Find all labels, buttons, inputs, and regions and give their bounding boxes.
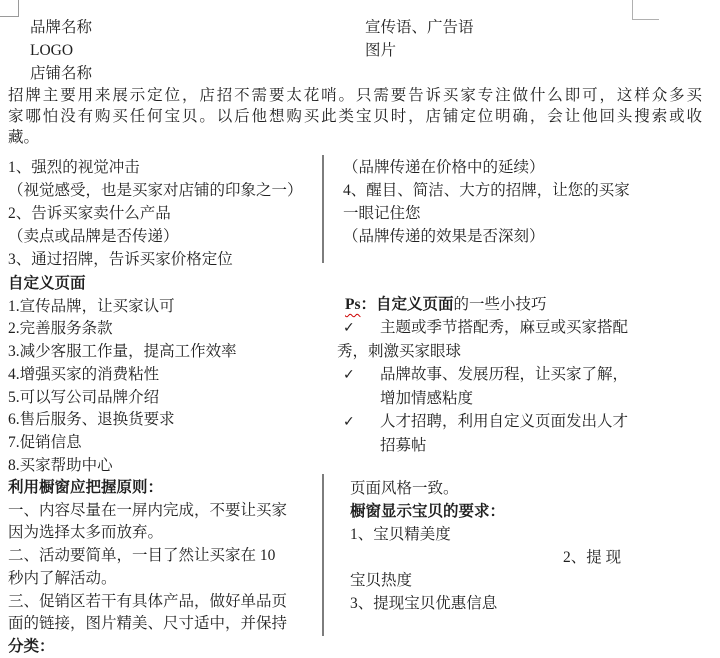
logo-label: LOGO <box>30 39 92 62</box>
signboard-point-cont: 一眼记住您 <box>343 202 630 225</box>
custom-page-item: 5.可以写公司品牌介绍 <box>8 387 237 410</box>
category-heading: 分类： <box>8 636 287 658</box>
custom-page-item: 7.促销信息 <box>8 432 237 455</box>
tip-text: 人才招聘，利用自定义页面发出人才 <box>380 413 628 430</box>
tip-item: ✓品牌故事、发展历程，让买家了解， <box>343 363 628 387</box>
header-right-labels: 宣传语、广告语 图片 <box>365 16 474 62</box>
brand-name-label: 品牌名称 <box>30 16 92 39</box>
signboard-point: 4、醒目、简洁、大方的招牌，让您的买家 <box>343 179 630 202</box>
tips-title: Ps：自定义页面的一些小技巧 <box>345 293 628 316</box>
column-divider-bottom <box>322 474 324 636</box>
custom-page-heading: 自定义页面 <box>8 273 237 296</box>
principle-line: 一、内容尽量在一屏内完成，不要让买家 <box>8 500 287 523</box>
display-item-overflow: 2、提 现 <box>350 546 621 569</box>
intro-line: 藏。 <box>8 127 702 148</box>
custom-page-item: 4.增强买家的消费粘性 <box>8 364 237 387</box>
check-icon: ✓ <box>343 317 380 340</box>
principle-line: 秒内了解活动。 <box>8 568 287 591</box>
tip-text: 品牌故事、发展历程，让买家了解， <box>380 366 628 383</box>
picture-label: 图片 <box>365 39 474 62</box>
custom-page-tips: Ps：自定义页面的一些小技巧 ✓主题或季节搭配秀，麻豆或买家搭配 秀，刺激买家眼… <box>337 293 628 457</box>
signboard-point: 3、通过招牌，告诉买家价格定位 <box>8 248 303 271</box>
intro-line: 家哪怕没有购买任何宝贝。以后他想购买此类宝贝时，店铺定位明确，会让他回头搜索或收 <box>8 106 702 127</box>
tip-item-continuation: 招募帖 <box>380 434 628 457</box>
corner-mark-top-right <box>632 0 659 20</box>
tip-item-continuation: 增加情感粘度 <box>380 387 628 410</box>
custom-page-item: 1.宣传品牌，让买家认可 <box>8 296 237 319</box>
ps-label: Ps <box>345 296 361 313</box>
shop-name-label: 店铺名称 <box>30 62 92 85</box>
signboard-note: （卖点或品牌是否传递） <box>8 225 303 248</box>
intro-paragraph: 招牌主要用来展示定位，店招不需要太花哨。只需要告诉买家专注做什么即可，这样众多买… <box>8 85 702 148</box>
slogan-label: 宣传语、广告语 <box>365 16 474 39</box>
window-display-section: 页面风格一致。 橱窗显示宝贝的要求： 1、宝贝精美度 2、提 现 宝贝热度 3、… <box>350 477 621 615</box>
custom-page-section: 自定义页面 1.宣传品牌，让买家认可 2.完善服务条款 3.减少客服工作量，提高… <box>8 273 237 477</box>
display-item: 1、宝贝精美度 <box>350 523 621 546</box>
signboard-note: （品牌传递的效果是否深刻） <box>343 225 630 248</box>
corner-mark-top-left <box>0 0 19 17</box>
signboard-note: （视觉感受，也是买家对店铺的印象之一） <box>8 179 303 202</box>
document-page: 品牌名称 LOGO 店铺名称 宣传语、广告语 图片 招牌主要用来展示定位，店招不… <box>0 0 720 658</box>
signboard-point: 2、告诉买家卖什么产品 <box>8 202 303 225</box>
principle-line: 二、活动要简单，一目了然让买家在 10 <box>8 545 287 568</box>
tips-title-rest: 的一些小技巧 <box>454 296 547 313</box>
window-principles-section: 利用橱窗应把握原则： 一、内容尽量在一屏内完成，不要让买家 因为选择太多而放弃。… <box>8 477 287 658</box>
custom-page-item: 6.售后服务、退换货要求 <box>8 409 237 432</box>
signboard-right-column: （品牌传递在价格中的延续） 4、醒目、简洁、大方的招牌，让您的买家 一眼记住您 … <box>343 156 630 248</box>
check-icon: ✓ <box>343 364 380 387</box>
window-display-heading: 橱窗显示宝贝的要求： <box>350 500 621 523</box>
tips-title-bold: 自定义页面 <box>376 296 454 313</box>
principle-line: 面的链接，图片精美、尺寸适中，并保持 <box>8 613 287 636</box>
signboard-note: （品牌传递在价格中的延续） <box>343 156 630 179</box>
tip-item-continuation: 秀，刺激买家眼球 <box>337 340 628 363</box>
custom-page-item: 2.完善服务条款 <box>8 318 237 341</box>
header-left-labels: 品牌名称 LOGO 店铺名称 <box>30 16 92 85</box>
signboard-point: 1、强烈的视觉冲击 <box>8 156 303 179</box>
tip-item: ✓人才招聘，利用自定义页面发出人才 <box>343 410 628 434</box>
display-item-continuation: 宝贝热度 <box>350 569 621 592</box>
tip-text: 主题或季节搭配秀，麻豆或买家搭配 <box>380 319 628 336</box>
principle-line: 三、促销区若干有具体产品，做好单品页 <box>8 591 287 614</box>
check-icon: ✓ <box>343 411 380 434</box>
signboard-left-column: 1、强烈的视觉冲击 （视觉感受，也是买家对店铺的印象之一） 2、告诉买家卖什么产… <box>8 156 303 271</box>
principle-line: 因为选择太多而放弃。 <box>8 522 287 545</box>
display-item: 3、提现宝贝优惠信息 <box>350 592 621 615</box>
ps-colon: ： <box>361 296 377 313</box>
column-divider-top <box>322 155 324 263</box>
window-principles-heading: 利用橱窗应把握原则： <box>8 477 287 500</box>
intro-line: 招牌主要用来展示定位，店招不需要太花哨。只需要告诉买家专注做什么即可，这样众多买 <box>8 85 702 106</box>
custom-page-item: 8.买家帮助中心 <box>8 455 237 478</box>
style-consistency-line: 页面风格一致。 <box>350 477 621 500</box>
custom-page-item: 3.减少客服工作量，提高工作效率 <box>8 341 237 364</box>
tip-item: ✓主题或季节搭配秀，麻豆或买家搭配 <box>343 316 628 340</box>
